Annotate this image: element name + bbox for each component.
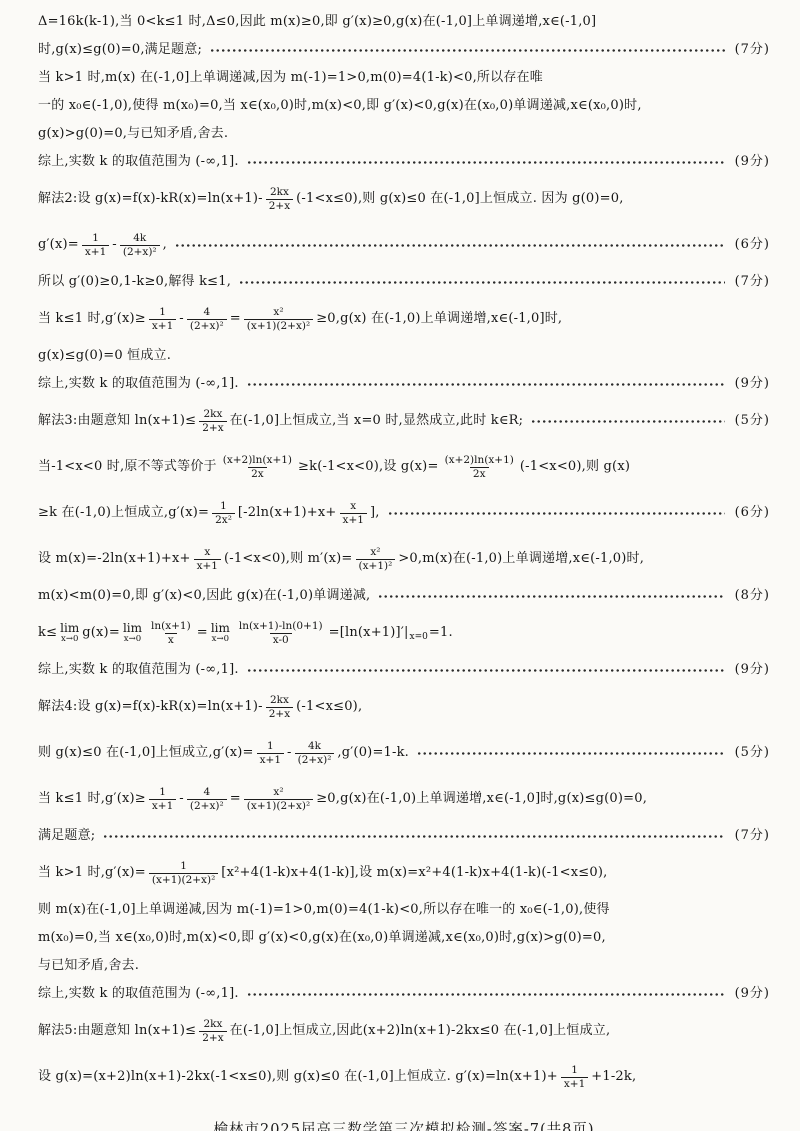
fraction-numerator: 2kx [267, 694, 292, 707]
text-run: 所以 g′(0)≥0,1-k≥0,解得 k≤1, [38, 274, 231, 290]
dotted-leader [417, 751, 725, 756]
dotted-leader [239, 280, 725, 285]
fraction: 1x+1 [257, 740, 284, 766]
text-run: 综上,实数 k 的取值范围为 (-∞,1]. [38, 662, 239, 678]
text-run: 解法4:设 g(x)=f(x)-kR(x)=ln(x+1)- [38, 699, 263, 715]
solution-line: 解法4:设 g(x)=f(x)-kR(x)=ln(x+1)-2kx2+x(-1<… [38, 684, 770, 730]
limit-subscript: x→0 [212, 635, 229, 644]
fraction: 2kx2+x [199, 408, 226, 434]
fraction: xx+1 [340, 500, 367, 526]
dotted-leader [388, 511, 725, 516]
dotted-leader [531, 419, 724, 424]
solution-line: 综上,实数 k 的取值范围为 (-∞,1].(9分) [38, 980, 770, 1008]
scanned-exam-page: { "page": { "background": "#fbfaf7", "te… [0, 0, 800, 1131]
text-run: 当 k>1 时,g′(x)= [38, 865, 146, 881]
fraction: 12x² [212, 500, 235, 526]
text-run: >0,m(x)在(-1,0)上单调递增,x∈(-1,0)时, [398, 551, 644, 567]
text-run: g′(x)= [38, 237, 79, 253]
fraction-numerator: x [347, 500, 359, 513]
fraction-numerator: 2kx [200, 1018, 225, 1031]
fraction-numerator: ln(x+1)-ln(0+1) [236, 620, 326, 633]
text-run: ≥0,g(x)在(-1,0)上单调递增,x∈(-1,0]时,g(x)≤g(0)=… [316, 791, 647, 807]
text-run: 时,g(x)≤g(0)=0,满足题意; [38, 42, 202, 58]
text-run: ≥k 在(-1,0)上恒成立,g′(x)= [38, 505, 209, 521]
fraction: 1x+1 [149, 306, 176, 332]
text-run: ≥0,g(x) 在(-1,0)上单调递增,x∈(-1,0]时, [316, 311, 562, 327]
solution-line: 设 g(x)=(x+2)ln(x+1)-2kx(-1<x≤0),则 g(x)≤0… [38, 1054, 770, 1100]
fraction: xx+1 [194, 546, 221, 572]
fraction: x²(x+1)(2+x)² [244, 306, 313, 332]
limit-operator: limx→0 [211, 622, 230, 644]
score-mark: (6分) [735, 237, 770, 253]
text-run: (-1<x≤0), [296, 699, 362, 715]
text-run: 在(-1,0]上恒成立,当 x=0 时,显然成立,此时 k∈R; [230, 413, 524, 429]
fraction-denominator: x+1 [194, 559, 221, 573]
fraction-numerator: ln(x+1) [148, 620, 194, 633]
fraction-numerator: (x+2)ln(x+1) [220, 454, 295, 467]
text-run: = [197, 625, 208, 641]
text-run: , [163, 237, 167, 253]
limit-operator: limx→0 [60, 622, 79, 644]
score-mark: (7分) [735, 274, 770, 290]
text-run: g(x)≤g(0)=0 恒成立. [38, 348, 171, 364]
fraction-numerator: 4 [200, 306, 213, 319]
fraction: x²(x+1)² [356, 546, 396, 572]
fraction-denominator: 2+x [266, 707, 293, 721]
solution-line: 一的 x₀∈(-1,0),使得 m(x₀)=0,当 x∈(x₀,0)时,m(x)… [38, 92, 770, 120]
score-mark: (5分) [735, 413, 770, 429]
score-mark: (7分) [735, 828, 770, 844]
limit-word: lim [60, 622, 79, 634]
dotted-leader [247, 382, 725, 387]
text-run: - [112, 237, 117, 253]
fraction: ln(x+1)x [148, 620, 194, 646]
fraction: (x+2)ln(x+1)2x [220, 454, 295, 480]
fraction-denominator: 2+x [199, 1031, 226, 1045]
text-run: 解法5:由题意知 ln(x+1)≤ [38, 1023, 196, 1039]
fraction: 4k(2+x)² [295, 740, 335, 766]
text-run: m(x₀)=0,当 x∈(x₀,0)时,m(x)<0,即 g′(x)<0,g(x… [38, 930, 606, 946]
text-run: 在(-1,0]上恒成立,因此(x+2)ln(x+1)-2kx≤0 在(-1,0]… [230, 1023, 611, 1039]
text-run: ,g′(0)=1-k. [337, 745, 409, 761]
solution-line: 当 k>1 时,m(x) 在(-1,0]上单调递减,因为 m(-1)=1>0,m… [38, 64, 770, 92]
text-run: 一的 x₀∈(-1,0),使得 m(x₀)=0,当 x∈(x₀,0)时,m(x)… [38, 98, 642, 114]
limit-subscript: x→0 [124, 635, 141, 644]
text-run: k≤ [38, 625, 57, 641]
fraction: 2kx2+x [199, 1018, 226, 1044]
fraction-denominator: 2+x [266, 199, 293, 213]
solution-line: 综上,实数 k 的取值范围为 (-∞,1].(9分) [38, 148, 770, 176]
fraction-numerator: x² [367, 546, 383, 559]
text-run: = [230, 791, 241, 807]
text-run: [x²+4(1-k)x+4(1-k)],设 m(x)=x²+4(1-k)x+4(… [221, 865, 607, 881]
text-run: 与已知矛盾,舍去. [38, 958, 139, 974]
solution-line: 解法5:由题意知 ln(x+1)≤2kx2+x在(-1,0]上恒成立,因此(x+… [38, 1008, 770, 1054]
solution-line: k≤limx→0g(x)=limx→0ln(x+1)x=limx→0ln(x+1… [38, 610, 770, 656]
fraction-numerator: 1 [156, 306, 169, 319]
score-mark: (9分) [735, 154, 770, 170]
fraction-denominator: x+1 [149, 319, 176, 333]
text-run: 设 m(x)=-2ln(x+1)+x+ [38, 551, 191, 567]
fraction-numerator: 1 [89, 232, 102, 245]
solution-line: 解法2:设 g(x)=f(x)-kR(x)=ln(x+1)-2kx2+x(-1<… [38, 176, 770, 222]
solution-line: g(x)>g(0)=0,与已知矛盾,舍去. [38, 120, 770, 148]
solution-line: 解法3:由题意知 ln(x+1)≤2kx2+x在(-1,0]上恒成立,当 x=0… [38, 398, 770, 444]
fraction-denominator: 2x [248, 467, 267, 481]
fraction: 4k(2+x)² [120, 232, 160, 258]
fraction-denominator: x+1 [149, 799, 176, 813]
fraction-numerator: 1 [568, 1064, 581, 1077]
document-page: Δ=16k(k-1),当 0<k≤1 时,Δ≤0,因此 m(x)≥0,即 g′(… [0, 0, 800, 1131]
fraction-denominator: (x+1)(2+x)² [149, 873, 218, 887]
fraction: x²(x+1)(2+x)² [244, 786, 313, 812]
fraction-numerator: 1 [264, 740, 277, 753]
text-run: ≥k(-1<x<0),设 g(x)= [298, 459, 439, 475]
solution-line: 时,g(x)≤g(0)=0,满足题意;(7分) [38, 36, 770, 64]
fraction: ln(x+1)-ln(0+1)x-0 [236, 620, 326, 646]
text-run: 解法2:设 g(x)=f(x)-kR(x)=ln(x+1)- [38, 191, 263, 207]
fraction-numerator: 1 [156, 786, 169, 799]
dotted-leader [210, 48, 725, 53]
fraction-denominator: (x+1)(2+x)² [244, 799, 313, 813]
fraction-denominator: 2x [470, 467, 489, 481]
text-run: =[ln(x+1)]′| [329, 625, 409, 641]
fraction-denominator: x+1 [257, 753, 284, 767]
fraction-numerator: 2kx [267, 186, 292, 199]
fraction-denominator: x+1 [561, 1077, 588, 1091]
text-run: 综上,实数 k 的取值范围为 (-∞,1]. [38, 154, 239, 170]
text-run: +1-2k, [591, 1069, 636, 1085]
dotted-leader [378, 594, 724, 599]
score-mark: (8分) [735, 588, 770, 604]
text-run: - [287, 745, 292, 761]
text-run: 则 g(x)≤0 在(-1,0]上恒成立,g′(x)= [38, 745, 254, 761]
solution-line: 则 g(x)≤0 在(-1,0]上恒成立,g′(x)=1x+1-4k(2+x)²… [38, 730, 770, 776]
fraction-denominator: (2+x)² [120, 245, 160, 259]
solution-text: Δ=16k(k-1),当 0<k≤1 时,Δ≤0,因此 m(x)≥0,即 g′(… [38, 8, 770, 1100]
solution-line: 设 m(x)=-2ln(x+1)+x+xx+1(-1<x<0),则 m′(x)=… [38, 536, 770, 582]
text-run: (-1<x<0),则 g(x) [520, 459, 630, 475]
score-mark: (5分) [735, 745, 770, 761]
solution-line: g(x)≤g(0)=0 恒成立. [38, 342, 770, 370]
fraction-denominator: x-0 [270, 633, 292, 647]
fraction: 1x+1 [82, 232, 109, 258]
fraction-numerator: 1 [177, 860, 190, 873]
fraction-denominator: 2x² [212, 513, 235, 527]
score-mark: (9分) [735, 376, 770, 392]
fraction-numerator: 4 [200, 786, 213, 799]
fraction-numerator: x [201, 546, 213, 559]
text-run: 综上,实数 k 的取值范围为 (-∞,1]. [38, 986, 239, 1002]
fraction: 2kx2+x [266, 694, 293, 720]
score-mark: (6分) [735, 505, 770, 521]
score-mark: (7分) [735, 42, 770, 58]
fraction: 4(2+x)² [187, 306, 227, 332]
fraction-numerator: x² [270, 306, 286, 319]
text-run: g(x)>g(0)=0,与已知矛盾,舍去. [38, 126, 228, 142]
fraction-denominator: 2+x [199, 421, 226, 435]
limit-word: lim [123, 622, 142, 634]
fraction-numerator: 1 [217, 500, 230, 513]
dotted-leader [103, 834, 724, 839]
limit-subscript: x→0 [61, 635, 78, 644]
text-run: (-1<x<0),则 m′(x)= [224, 551, 353, 567]
score-mark: (9分) [735, 986, 770, 1002]
text-run: 当 k≤1 时,g′(x)≥ [38, 311, 146, 327]
text-run: 当-1<x<0 时,原不等式等价于 [38, 459, 217, 475]
fraction-denominator: (x+1)² [356, 559, 396, 573]
dotted-leader [247, 160, 725, 165]
solution-line: 则 m(x)在(-1,0]上单调递减,因为 m(-1)=1>0,m(0)=4(1… [38, 896, 770, 924]
fraction: 2kx2+x [266, 186, 293, 212]
fraction-numerator: 4k [305, 740, 324, 753]
solution-line: m(x)<m(0)=0,即 g′(x)<0,因此 g(x)在(-1,0)单调递减… [38, 582, 770, 610]
solution-line: 当-1<x<0 时,原不等式等价于(x+2)ln(x+1)2x≥k(-1<x<0… [38, 444, 770, 490]
text-run: ], [370, 505, 380, 521]
limit-word: lim [211, 622, 230, 634]
dotted-leader [247, 668, 725, 673]
dotted-leader [175, 243, 725, 248]
solution-line: 所以 g′(0)≥0,1-k≥0,解得 k≤1,(7分) [38, 268, 770, 296]
fraction-numerator: x² [270, 786, 286, 799]
fraction-denominator: (x+1)(2+x)² [244, 319, 313, 333]
solution-line: Δ=16k(k-1),当 0<k≤1 时,Δ≤0,因此 m(x)≥0,即 g′(… [38, 8, 770, 36]
text-run: 设 g(x)=(x+2)ln(x+1)-2kx(-1<x≤0),则 g(x)≤0… [38, 1069, 558, 1085]
text-run: g(x)= [82, 625, 120, 641]
solution-line: 满足题意;(7分) [38, 822, 770, 850]
text-run: [-2ln(x+1)+x+ [238, 505, 337, 521]
fraction: (x+2)ln(x+1)2x [442, 454, 517, 480]
fraction-numerator: (x+2)ln(x+1) [442, 454, 517, 467]
fraction: 1x+1 [561, 1064, 588, 1090]
fraction: 1(x+1)(2+x)² [149, 860, 218, 886]
solution-line: 综上,实数 k 的取值范围为 (-∞,1].(9分) [38, 656, 770, 684]
fraction-numerator: 4k [130, 232, 149, 245]
score-mark: (9分) [735, 662, 770, 678]
solution-line: 当 k≤1 时,g′(x)≥1x+1-4(2+x)²=x²(x+1)(2+x)²… [38, 776, 770, 822]
solution-line: 当 k≤1 时,g′(x)≥1x+1-4(2+x)²=x²(x+1)(2+x)²… [38, 296, 770, 342]
fraction-denominator: x+1 [340, 513, 367, 527]
text-run: (-1<x≤0),则 g(x)≤0 在(-1,0]上恒成立. 因为 g(0)=0… [296, 191, 623, 207]
page-footer: 榆林市2025届高三数学第三次模拟检测-答案-7(共8页) [38, 1118, 770, 1131]
text-run: 综上,实数 k 的取值范围为 (-∞,1]. [38, 376, 239, 392]
text-run: m(x)<m(0)=0,即 g′(x)<0,因此 g(x)在(-1,0)单调递减… [38, 588, 370, 604]
fraction-denominator: x+1 [82, 245, 109, 259]
fraction-denominator: (2+x)² [187, 319, 227, 333]
fraction-numerator: 2kx [200, 408, 225, 421]
subscript: x=0 [410, 632, 428, 643]
text-run: = [230, 311, 241, 327]
limit-operator: limx→0 [123, 622, 142, 644]
fraction: 4(2+x)² [187, 786, 227, 812]
fraction: 1x+1 [149, 786, 176, 812]
text-run: Δ=16k(k-1),当 0<k≤1 时,Δ≤0,因此 m(x)≥0,即 g′(… [38, 14, 596, 30]
text-run: 满足题意; [38, 828, 95, 844]
text-run: 解法3:由题意知 ln(x+1)≤ [38, 413, 196, 429]
text-run: - [179, 791, 184, 807]
text-run: =1. [429, 625, 453, 641]
solution-line: 与已知矛盾,舍去. [38, 952, 770, 980]
dotted-leader [247, 992, 725, 997]
text-run: 则 m(x)在(-1,0]上单调递减,因为 m(-1)=1>0,m(0)=4(1… [38, 902, 610, 918]
solution-line: g′(x)=1x+1-4k(2+x)²,(6分) [38, 222, 770, 268]
solution-line: 当 k>1 时,g′(x)=1(x+1)(2+x)²[x²+4(1-k)x+4(… [38, 850, 770, 896]
solution-line: m(x₀)=0,当 x∈(x₀,0)时,m(x)<0,即 g′(x)<0,g(x… [38, 924, 770, 952]
solution-line: 综上,实数 k 的取值范围为 (-∞,1].(9分) [38, 370, 770, 398]
solution-line: ≥k 在(-1,0)上恒成立,g′(x)=12x²[-2ln(x+1)+x+xx… [38, 490, 770, 536]
fraction-denominator: (2+x)² [187, 799, 227, 813]
text-run: 当 k>1 时,m(x) 在(-1,0]上单调递减,因为 m(-1)=1>0,m… [38, 70, 543, 86]
fraction-denominator: (2+x)² [295, 753, 335, 767]
fraction-denominator: x [165, 633, 177, 647]
text-run: - [179, 311, 184, 327]
text-run: 当 k≤1 时,g′(x)≥ [38, 791, 146, 807]
